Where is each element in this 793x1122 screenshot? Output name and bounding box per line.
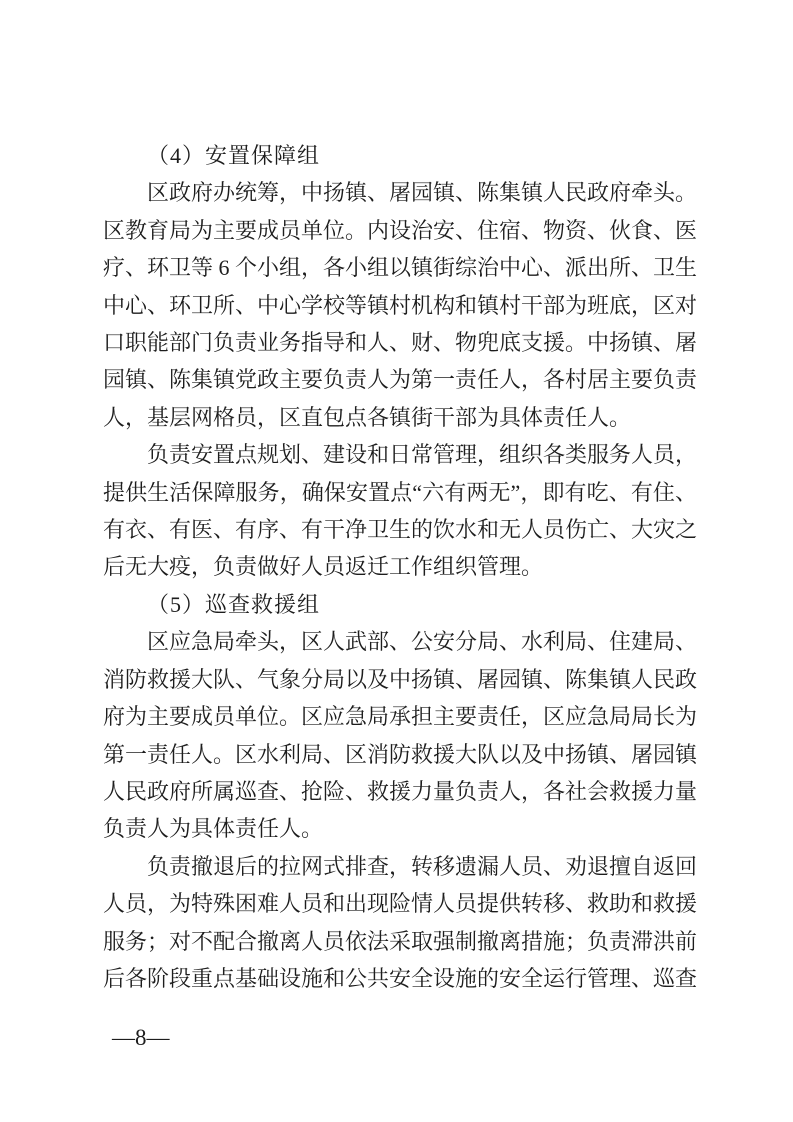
text-line: 疗、环卫等 6 个小组，各小组以镇街综治中心、派出所、卫生 bbox=[103, 249, 697, 286]
section-heading: （5）巡查救援组 bbox=[103, 586, 697, 623]
page-number: —8— bbox=[112, 1024, 170, 1052]
text-line: 中心、环卫所、中心学校等镇村机构和镇村干部为班底，区对 bbox=[103, 287, 697, 324]
text-line: 后无大疫，负责做好人员返迁工作组织管理。 bbox=[103, 548, 697, 585]
text-line: 提供生活保障服务，确保安置点“六有两无”，即有吃、有住、 bbox=[103, 474, 697, 511]
text-line: 区教育局为主要成员单位。内设治安、住宿、物资、伙食、医 bbox=[103, 212, 697, 249]
text-line: 有衣、有医、有序、有干净卫生的饮水和无人员伤亡、大灾之 bbox=[103, 511, 697, 548]
text-line: 区应急局牵头，区人武部、公安分局、水利局、住建局、 bbox=[103, 623, 697, 660]
text-line: 服务；对不配合撤离人员依法采取强制撤离措施；负责滞洪前 bbox=[103, 923, 697, 960]
text-line: 园镇、陈集镇党政主要负责人为第一责任人，各村居主要负责 bbox=[103, 361, 697, 398]
text-line: 人员，为特殊困难人员和出现险情人员提供转移、救助和救援 bbox=[103, 885, 697, 922]
text-line: 负责撤退后的拉网式排查，转移遗漏人员、劝退擅自返回 bbox=[103, 848, 697, 885]
text-line: 区政府办统筹，中扬镇、屠园镇、陈集镇人民政府牵头。 bbox=[103, 174, 697, 211]
text-line: 人，基层网格员，区直包点各镇街干部为具体责任人。 bbox=[103, 399, 697, 436]
section-heading: （4）安置保障组 bbox=[103, 137, 697, 174]
text-line: 第一责任人。区水利局、区消防救援大队以及中扬镇、屠园镇 bbox=[103, 736, 697, 773]
text-line: 人民政府所属巡查、抢险、救援力量负责人，各社会救援力量 bbox=[103, 773, 697, 810]
document-body: （4）安置保障组区政府办统筹，中扬镇、屠园镇、陈集镇人民政府牵头。区教育局为主要… bbox=[103, 137, 697, 997]
text-line: 后各阶段重点基础设施和公共安全设施的安全运行管理、巡查 bbox=[103, 960, 697, 997]
document-page: （4）安置保障组区政府办统筹，中扬镇、屠园镇、陈集镇人民政府牵头。区教育局为主要… bbox=[0, 0, 793, 1122]
text-line: 口职能部门负责业务指导和人、财、物兜底支援。中扬镇、屠 bbox=[103, 324, 697, 361]
text-line: 负责安置点规划、建设和日常管理，组织各类服务人员， bbox=[103, 436, 697, 473]
text-line: 负责人为具体责任人。 bbox=[103, 810, 697, 847]
text-line: 消防救援大队、气象分局以及中扬镇、屠园镇、陈集镇人民政 bbox=[103, 661, 697, 698]
text-line: 府为主要成员单位。区应急局承担主要责任，区应急局局长为 bbox=[103, 698, 697, 735]
